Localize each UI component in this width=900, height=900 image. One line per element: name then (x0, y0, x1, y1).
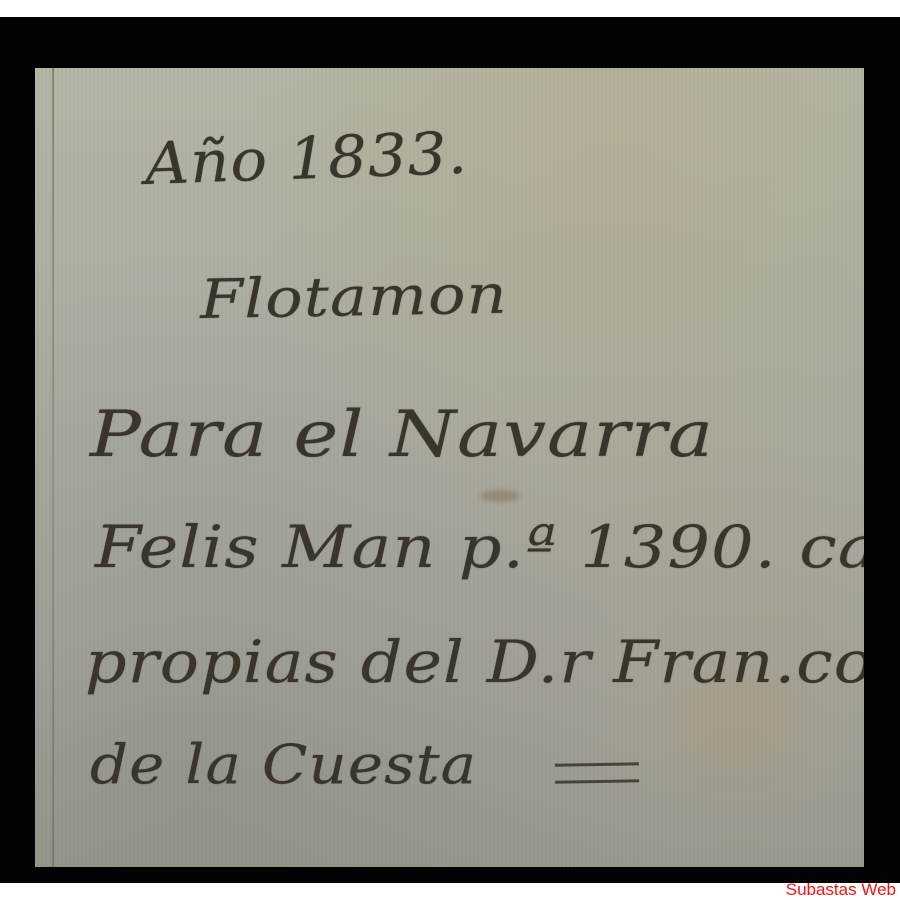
manuscript-line-propias: propias del D.r Fran.co Gil (85, 628, 864, 696)
watermark-label: Subastas Web (786, 880, 896, 900)
manuscript-line-signature: Flotamon (199, 263, 508, 331)
manuscript-line-cuesta: de la Cuesta (90, 733, 477, 796)
manuscript-line-year: Año 1833. (144, 119, 469, 198)
manuscript-line-felis: Felis Man p.ª 1390. cav. (95, 513, 864, 581)
manuscript-line-para: Para el Navarra (90, 398, 714, 472)
photo-frame: Año 1833. Flotamon Para el Navarra Felis… (0, 17, 900, 883)
paper-margin-line (52, 68, 54, 867)
ink-stain (480, 490, 520, 502)
closing-double-line-mark (555, 762, 639, 783)
manuscript-paper: Año 1833. Flotamon Para el Navarra Felis… (35, 68, 864, 867)
